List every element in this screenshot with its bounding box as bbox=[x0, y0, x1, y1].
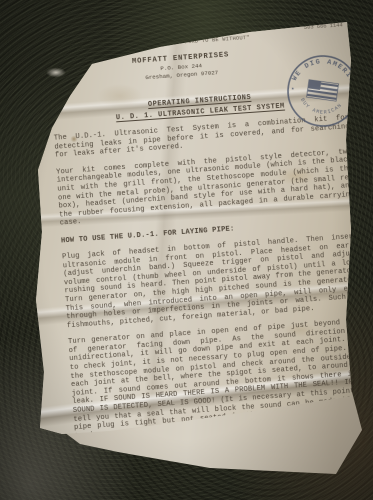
us-flag-icon bbox=[307, 80, 339, 101]
stamp-star-right: ★ bbox=[349, 94, 353, 100]
letterhead-phone: 503 666 1144 bbox=[304, 22, 343, 31]
stamp-arc-bottom-text: BUY AMERICAN bbox=[297, 97, 344, 119]
photo-background: ULTRASONIC DIAGNOSTIC EQUIPMENT "THE TOO… bbox=[0, 0, 373, 500]
paragraph-kit-contents: Your kit comes complete with the pistol … bbox=[56, 148, 355, 229]
paragraph-pistol-setup: Plug jack of headset in bottom of pistol… bbox=[62, 233, 363, 331]
stamp-seal: WE DIG AMERICA BUY AMERICAN ★ ★ bbox=[281, 49, 365, 133]
letterhead: ULTRASONIC DIAGNOSTIC EQUIPMENT "THE TOO… bbox=[51, 22, 310, 88]
svg-text:BUY AMERICAN: BUY AMERICAN bbox=[297, 97, 344, 119]
we-dig-america-stamp: WE DIG AMERICA BUY AMERICAN ★ ★ bbox=[281, 49, 365, 133]
stamp-star-left: ★ bbox=[291, 86, 295, 92]
